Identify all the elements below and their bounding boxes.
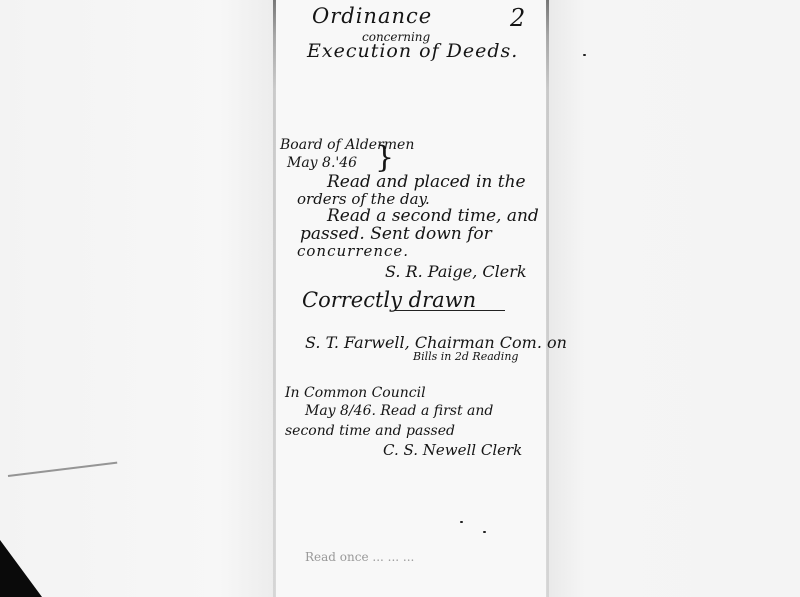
council-line: In Common Council bbox=[285, 385, 426, 401]
right-panel bbox=[547, 0, 800, 597]
council-clerk-signature: C. S. Newell Clerk bbox=[383, 441, 522, 459]
board-line: passed. Sent down for bbox=[300, 224, 492, 244]
ink-spot bbox=[583, 54, 586, 56]
scanned-document: Ordinance 2 concerning Execution of Deed… bbox=[0, 0, 800, 597]
fold-line-left bbox=[273, 0, 276, 597]
board-line: Read and placed in the bbox=[327, 172, 526, 192]
ink-spot bbox=[483, 531, 486, 533]
fold-line-right bbox=[546, 0, 549, 597]
board-line: concurrence. bbox=[297, 242, 409, 260]
committee-signature-cont: Bills in 2d Reading bbox=[413, 350, 518, 363]
correctly-drawn-note: Correctly drawn bbox=[302, 288, 476, 312]
underline bbox=[395, 310, 505, 311]
ink-spot bbox=[460, 521, 463, 523]
brace-mark: } bbox=[375, 140, 394, 175]
document-subject: Execution of Deeds. bbox=[307, 40, 518, 62]
board-line: Read a second time, and bbox=[327, 206, 539, 226]
faint-note: Read once ... ... ... bbox=[305, 550, 414, 564]
page-number: 2 bbox=[510, 4, 525, 32]
board-date: May 8.'46 bbox=[287, 155, 357, 171]
left-panel bbox=[0, 0, 275, 597]
board-clerk-signature: S. R. Paige, Clerk bbox=[385, 262, 527, 281]
council-line: May 8/46. Read a first and bbox=[305, 403, 493, 419]
document-title: Ordinance bbox=[312, 4, 432, 28]
board-heading: Board of Aldermen bbox=[280, 137, 414, 153]
council-line: second time and passed bbox=[285, 423, 455, 439]
torn-corner bbox=[0, 540, 42, 597]
